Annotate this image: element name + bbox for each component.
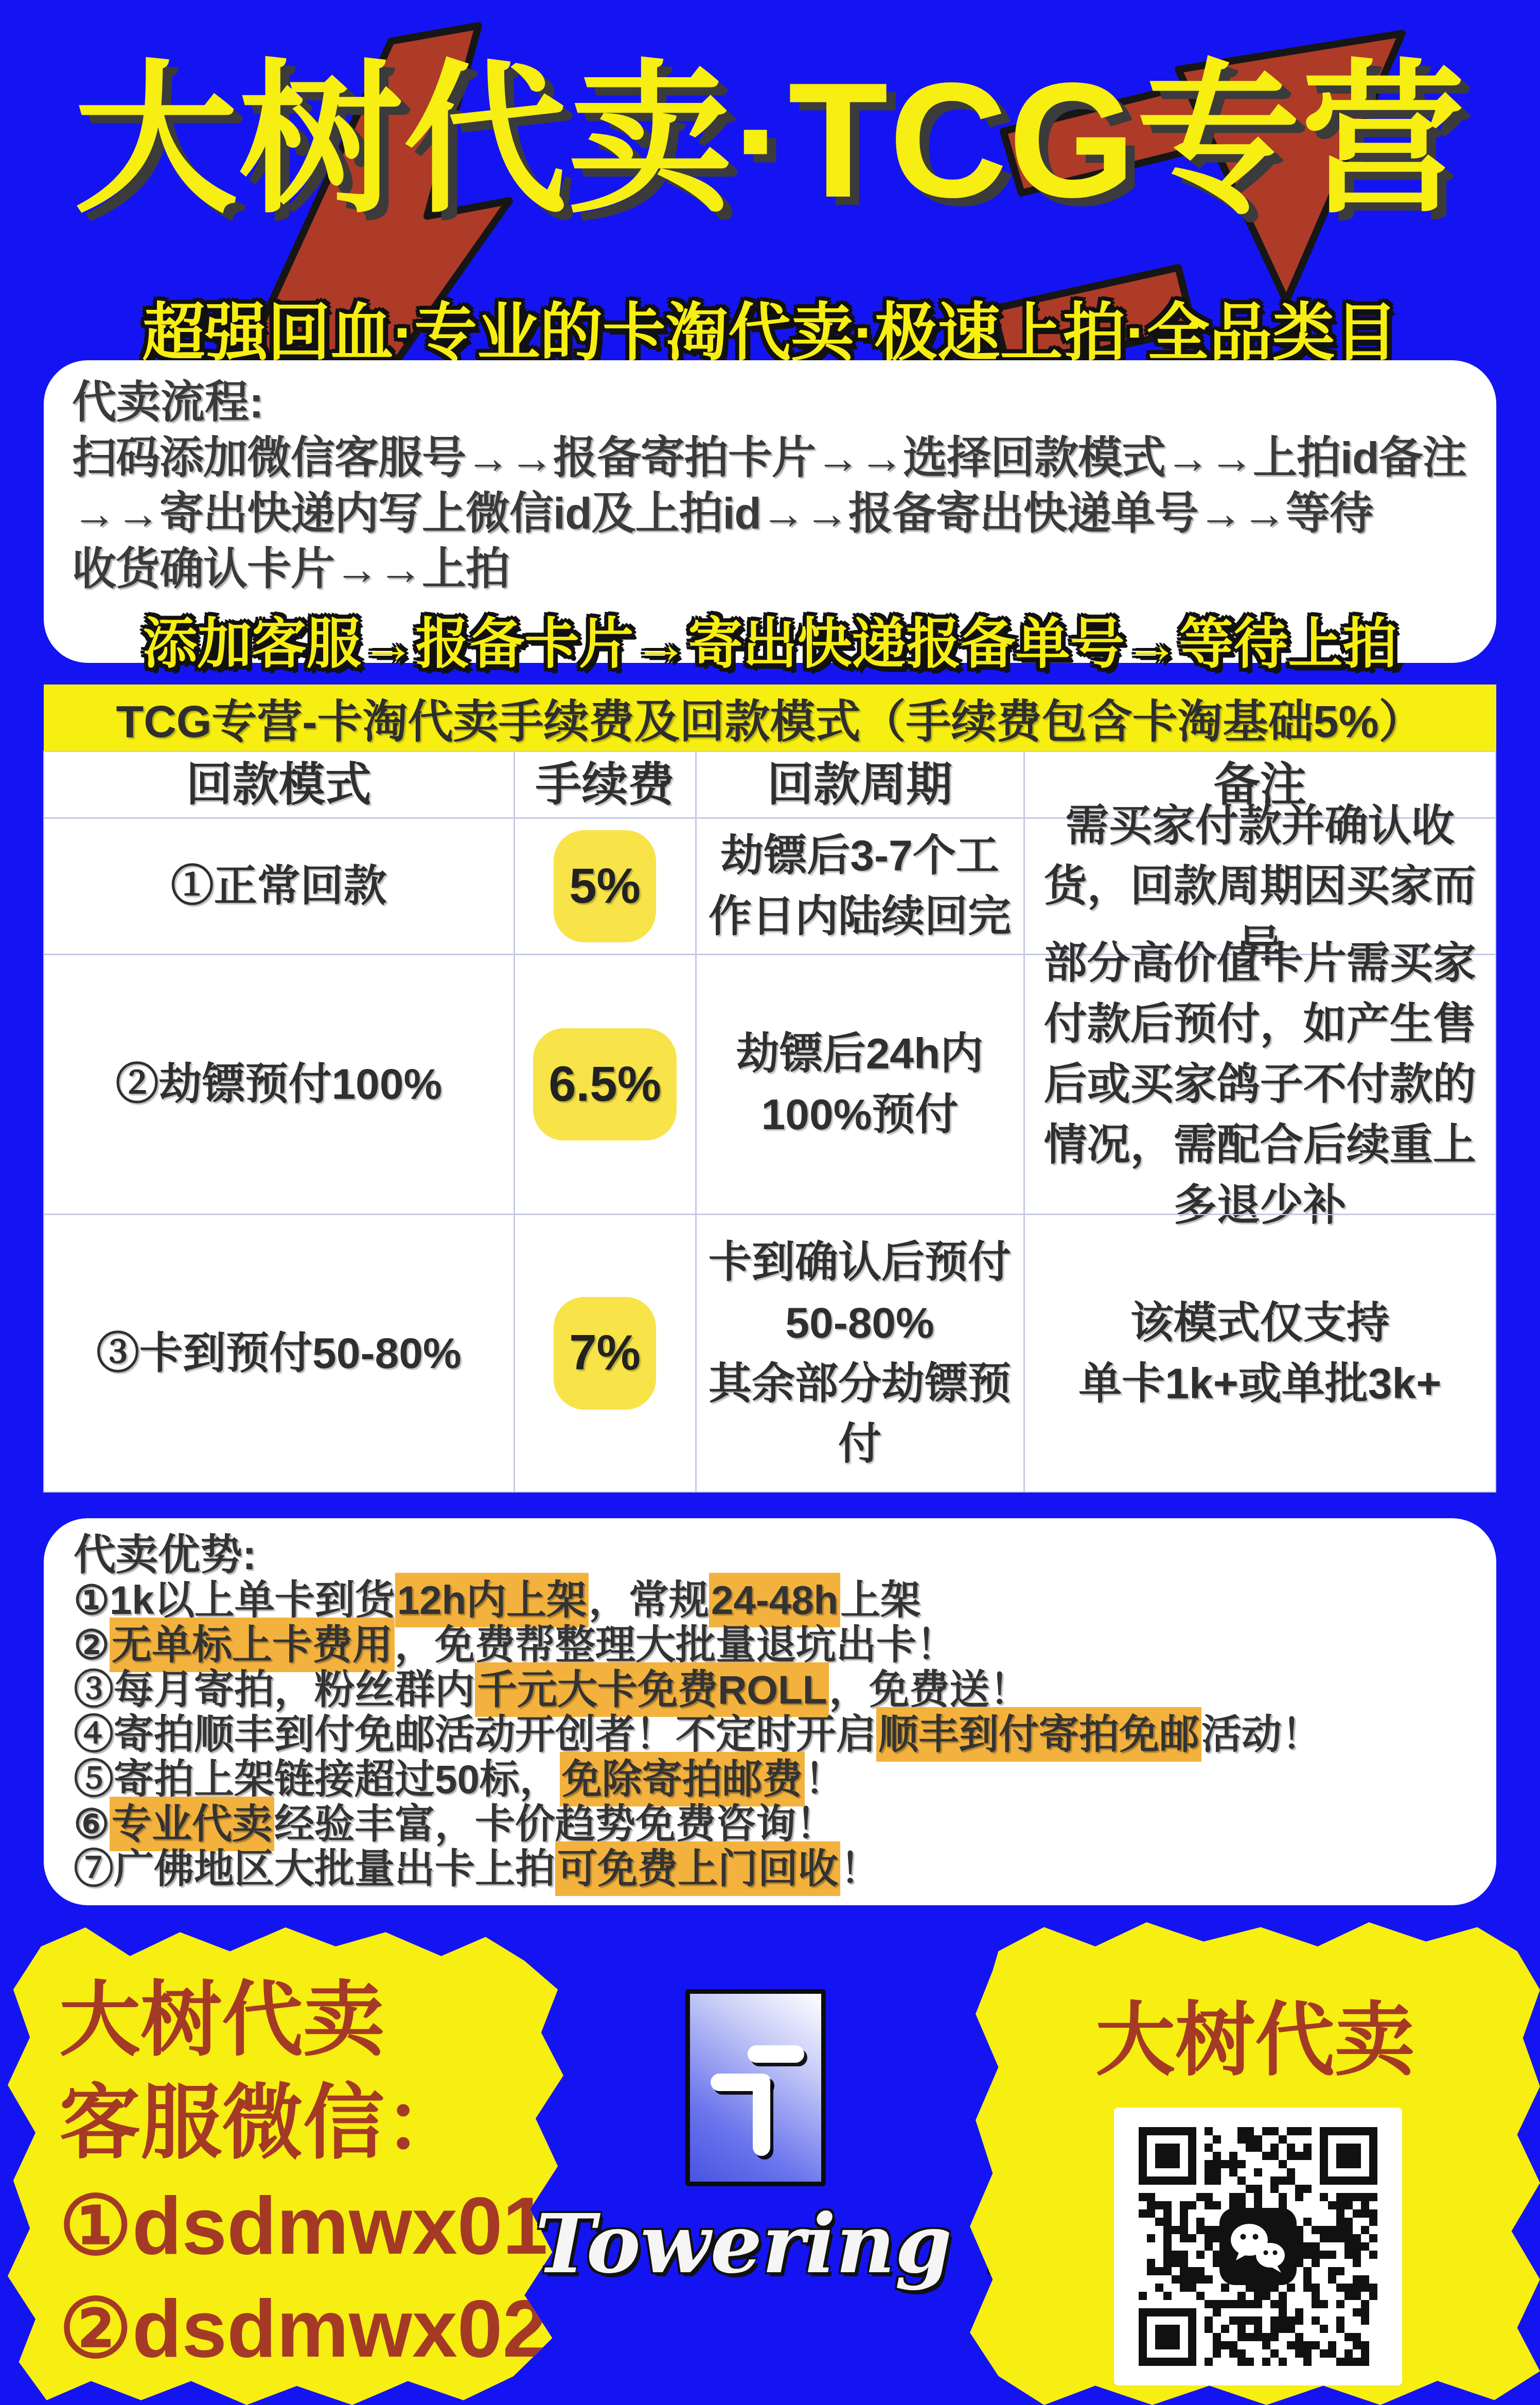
advantage-highlight: 专业代卖 (110, 1797, 274, 1851)
advantage-text: 经验丰富，卡价趋势免费咨询！ (274, 1801, 836, 1847)
process-step-line: →→寄出快递内写上微信id及上拍id→→报备寄出快递单号→→等待 (72, 486, 1468, 541)
page-title: 大树代卖·TCG专营 (0, 49, 1540, 232)
process-heading: 代卖流程: (72, 375, 1468, 430)
table-cell-cycle: 劫镖后3-7个工作日内陆续回完 (696, 818, 1024, 955)
table-cell-cycle: 卡到确认后预付 50-80% 其余部分劫镖预付 (696, 1214, 1024, 1493)
advantage-text: ② (74, 1622, 110, 1667)
qr-brand-title: 大树代卖 (970, 1976, 1540, 2091)
column-header: 回款周期 (696, 751, 1024, 818)
advantage-highlight: 千元大卡免费ROLL (475, 1662, 829, 1717)
advantages-heading: 代卖优势: (74, 1533, 1466, 1578)
table-cell-note: 部分高价值卡片需买家付款后预付，如产生售后或买家鸽子不付款的情况，需配合后续重上… (1024, 954, 1496, 1215)
advantage-text: ，免费送！ (829, 1667, 1030, 1712)
advantage-item: ⑤寄拍上架链接超过50标，免除寄拍邮费！ (74, 1757, 1466, 1802)
advantage-text: ③每月寄拍，粉丝群内 (74, 1667, 475, 1712)
advantage-highlight: 24-48h (709, 1573, 840, 1627)
contact-label: 客服微信： (59, 2072, 548, 2174)
contact-brand: 大树代卖 (59, 1969, 548, 2072)
table-cell-fee: 5% (514, 818, 696, 955)
qr-blob: 大树代卖 (970, 1922, 1540, 2405)
advantage-item: ②无单标上卡费用，免费帮整理大批量退坑出卡！ (74, 1623, 1466, 1667)
advantage-text: ⑥ (74, 1801, 110, 1847)
column-header: 手续费 (514, 751, 696, 818)
logo-t-stem-bar (753, 2074, 770, 2156)
advantage-highlight: 免除寄拍邮费 (560, 1752, 805, 1806)
wechat-qr-code (1114, 2108, 1402, 2385)
advantage-text: ①1k以上单卡到货 (74, 1577, 395, 1623)
advantage-text: ⑦广佛地区大批量出卡上拍 (74, 1846, 555, 1891)
fee-highlight: 5% (554, 830, 656, 942)
advantage-text: 上架 (840, 1577, 921, 1623)
poster: 大树代卖·TCG专营 超强回血·专业的卡淘代卖·极速上拍·全品类目 代卖流程: … (0, 0, 1540, 2405)
wechat-icon (1219, 2208, 1297, 2285)
fee-table-grid: 回款模式 手续费 回款周期 备注 ①正常回款 5% 劫镖后3-7个工作日内陆续回… (44, 751, 1496, 1493)
wechat-id-1: ①dsdmwx01 (59, 2174, 548, 2277)
advantage-text: ，免费帮整理大批量退坑出卡！ (395, 1622, 957, 1667)
process-step-line: 收货确认卡片→→上拍 (72, 541, 1468, 597)
fee-highlight: 6.5% (533, 1028, 677, 1140)
advantage-item: ④寄拍顺丰到付免邮活动开创者！不定时开启顺丰到付寄拍免邮活动！ (74, 1712, 1466, 1757)
table-cell-note: 该模式仅支持 单卡1k+或单批3k+ (1024, 1214, 1496, 1493)
advantage-item: ③每月寄拍，粉丝群内千元大卡免费ROLL，免费送！ (74, 1667, 1466, 1712)
advantage-highlight: 可免费上门回收 (555, 1841, 840, 1896)
process-step-line: 扫码添加微信客服号→→报备寄拍卡片→→选择回款模式→→上拍id备注 (72, 430, 1468, 486)
process-summary: 添加客服→报备卡片→寄出快递报备单号→等待上拍 (72, 600, 1468, 678)
advantage-text: ，常规 (589, 1577, 709, 1623)
brand-script: Towering Tree (535, 2197, 998, 2292)
advantage-text: ⑤寄拍上架链接超过50标， (74, 1757, 560, 1802)
advantage-item: ⑥专业代卖经验丰富，卡价趋势免费咨询！ (74, 1802, 1466, 1847)
contact-blob: 大树代卖 客服微信： ①dsdmwx01 ②dsdmwx02 (8, 1927, 563, 2405)
advantage-text: ④寄拍顺丰到付免邮活动开创者！不定时开启 (74, 1712, 876, 1757)
advantage-item: ①1k以上单卡到货12h内上架，常规24-48h上架 (74, 1578, 1466, 1623)
table-cell-fee: 7% (514, 1214, 696, 1493)
column-header: 回款模式 (43, 751, 515, 818)
advantage-highlight: 12h内上架 (395, 1573, 589, 1627)
contact-lines: 大树代卖 客服微信： ①dsdmwx01 ②dsdmwx02 (59, 1969, 548, 2380)
towering-tree-logo (685, 1989, 826, 2186)
advantage-text: ！ (805, 1757, 845, 1802)
advantages-card: 代卖优势: ①1k以上单卡到货12h内上架，常规24-48h上架 ②无单标上卡费… (44, 1518, 1496, 1905)
process-card: 代卖流程: 扫码添加微信客服号→→报备寄拍卡片→→选择回款模式→→上拍id备注 … (44, 360, 1496, 663)
table-cell-mode: ①正常回款 (43, 818, 515, 955)
fee-table: TCG专营-卡淘代卖手续费及回款模式（手续费包含卡淘基础5%） 回款模式 手续费… (44, 684, 1496, 1493)
table-cell-mode: ②劫镖预付100% (43, 954, 515, 1215)
table-cell-mode: ③卡到预付50-80% (43, 1214, 515, 1493)
subtitle: 超强回血·专业的卡淘代卖·极速上拍·全品类目 (0, 282, 1540, 372)
fee-table-title: TCG专营-卡淘代卖手续费及回款模式（手续费包含卡淘基础5%） (44, 684, 1496, 751)
wechat-id-2: ②dsdmwx02 (59, 2277, 548, 2380)
advantage-text: ！ (840, 1846, 880, 1891)
advantage-highlight: 顺丰到付寄拍免邮 (876, 1707, 1201, 1762)
table-cell-fee: 6.5% (514, 954, 696, 1215)
logo-t-top-bar (748, 2045, 804, 2063)
table-cell-cycle: 劫镖后24h内 100%预付 (696, 954, 1024, 1215)
advantage-text: 活动！ (1201, 1712, 1322, 1757)
fee-highlight: 7% (554, 1297, 656, 1409)
advantage-highlight: 无单标上卡费用 (110, 1618, 395, 1672)
advantage-item: ⑦广佛地区大批量出卡上拍可免费上门回收！ (74, 1847, 1466, 1891)
